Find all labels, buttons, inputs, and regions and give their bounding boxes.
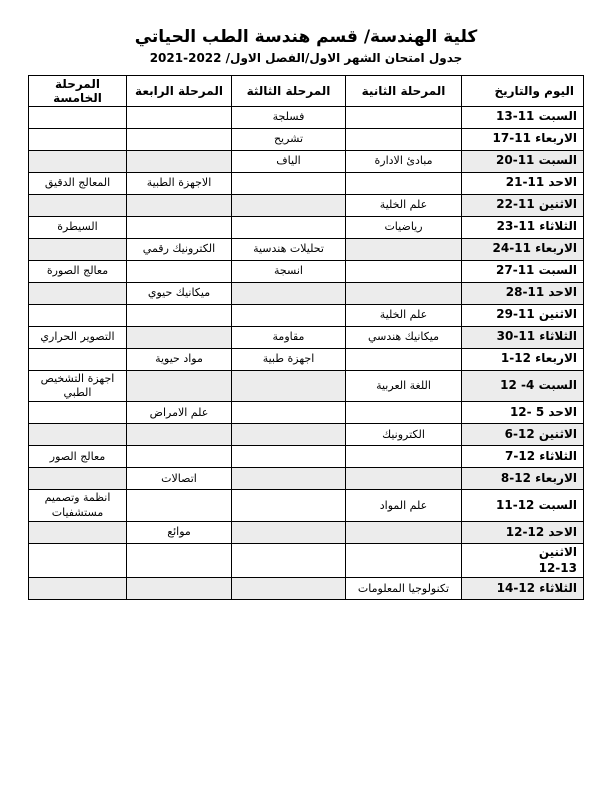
empty-cell-stage-3 [232, 194, 346, 216]
subject-cell-stage-2: مبادئ الادارة [346, 150, 462, 172]
table-row: الاثنين 11-22علم الخلية [29, 194, 584, 216]
empty-cell-stage-5 [29, 282, 127, 304]
date-cell: السبت 12-11 [462, 490, 584, 522]
empty-cell-stage-5 [29, 521, 127, 543]
table-row: الثلاثاء 11-30ميكانيك هندسيمقاومةالتصوير… [29, 326, 584, 348]
subject-cell-stage-5: معالج الصور [29, 446, 127, 468]
empty-cell-stage-4 [127, 106, 232, 128]
table-row: السبت 11-20مبادئ الادارةالياف [29, 150, 584, 172]
empty-cell-stage-4 [127, 150, 232, 172]
empty-cell-stage-3 [232, 490, 346, 522]
subject-cell-stage-4: الاجهزة الطبية [127, 172, 232, 194]
page-subtitle: جدول امتحان الشهر الاول/الفصل الاول/ 202… [0, 51, 612, 65]
subject-cell-stage-4: ميكانيك حيوي [127, 282, 232, 304]
empty-cell-stage-2 [346, 446, 462, 468]
subject-cell-stage-5: السيطرة [29, 216, 127, 238]
empty-cell-stage-3 [232, 370, 346, 402]
empty-cell-stage-5 [29, 424, 127, 446]
date-cell: الاربعاء 11-24 [462, 238, 584, 260]
empty-cell-stage-3 [232, 402, 346, 424]
date-cell: الثلاثاء 12-14 [462, 578, 584, 600]
empty-cell-stage-5 [29, 543, 127, 577]
schedule-body: السبت 11-13فسلجةالاربعاء 11-17تشريحالسبت… [29, 106, 584, 599]
table-row: الاثنين 12-6الكترونيك [29, 424, 584, 446]
subject-cell-stage-3: فسلجة [232, 106, 346, 128]
table-row: الاحد 12-12موائع [29, 521, 584, 543]
table-row: الاحد 11-28ميكانيك حيوي [29, 282, 584, 304]
empty-cell-stage-2 [346, 348, 462, 370]
table-row: الاربعاء 11-24تحليلات هندسيةالكترونيك رق… [29, 238, 584, 260]
empty-cell-stage-4 [127, 424, 232, 446]
date-cell: الاحد 11-28 [462, 282, 584, 304]
header-stage-2: المرحلة الثانية [346, 75, 462, 106]
date-cell: الاحد 5 -12 [462, 402, 584, 424]
subject-cell-stage-3: تشريح [232, 128, 346, 150]
table-row: الاربعاء 11-17تشريح [29, 128, 584, 150]
empty-cell-stage-2 [346, 282, 462, 304]
subject-cell-stage-5: اجهزة التشخيص الطبي [29, 370, 127, 402]
subject-cell-stage-2: رياضيات [346, 216, 462, 238]
subject-cell-stage-5: التصوير الحراري [29, 326, 127, 348]
subject-cell-stage-2: علم الخلية [346, 194, 462, 216]
header-row: اليوم والتاريخ المرحلة الثانية المرحلة ا… [29, 75, 584, 106]
subject-cell-stage-2: ميكانيك هندسي [346, 326, 462, 348]
table-row: الثلاثاء 12-7معالج الصور [29, 446, 584, 468]
date-cell: الاحد 12-12 [462, 521, 584, 543]
subject-cell-stage-4: اتصالات [127, 468, 232, 490]
subject-cell-stage-5: المعالج الدقيق [29, 172, 127, 194]
empty-cell-stage-5 [29, 578, 127, 600]
table-row: السبت 11-13فسلجة [29, 106, 584, 128]
empty-cell-stage-3 [232, 521, 346, 543]
subject-cell-stage-3: اجهزة طبية [232, 348, 346, 370]
date-cell: السبت 11-13 [462, 106, 584, 128]
subject-cell-stage-2: تكنولوجيا المعلومات [346, 578, 462, 600]
date-cell: الاثنين 12-13 [462, 543, 584, 577]
empty-cell-stage-5 [29, 106, 127, 128]
empty-cell-stage-2 [346, 402, 462, 424]
empty-cell-stage-4 [127, 370, 232, 402]
date-cell: الاربعاء 12-1 [462, 348, 584, 370]
empty-cell-stage-2 [346, 128, 462, 150]
exam-schedule-table: اليوم والتاريخ المرحلة الثانية المرحلة ا… [28, 75, 584, 600]
empty-cell-stage-3 [232, 543, 346, 577]
date-cell: الاحد 11-21 [462, 172, 584, 194]
header-day-and-date: اليوم والتاريخ [462, 75, 584, 106]
empty-cell-stage-4 [127, 490, 232, 522]
header-stage-4: المرحلة الرابعة [127, 75, 232, 106]
table-row: الاربعاء 12-1اجهزة طبيةمواد حيوية [29, 348, 584, 370]
date-cell: الثلاثاء 11-23 [462, 216, 584, 238]
empty-cell-stage-2 [346, 106, 462, 128]
subject-cell-stage-4: علم الامراض [127, 402, 232, 424]
empty-cell-stage-2 [346, 260, 462, 282]
empty-cell-stage-2 [346, 543, 462, 577]
empty-cell-stage-2 [346, 521, 462, 543]
table-row: السبت 11-27انسجةمعالج الصورة [29, 260, 584, 282]
empty-cell-stage-5 [29, 348, 127, 370]
date-cell: الاثنين 11-22 [462, 194, 584, 216]
empty-cell-stage-2 [346, 238, 462, 260]
empty-cell-stage-3 [232, 468, 346, 490]
empty-cell-stage-4 [127, 194, 232, 216]
empty-cell-stage-2 [346, 468, 462, 490]
subject-cell-stage-4: موائع [127, 521, 232, 543]
date-cell: الاثنين 11-29 [462, 304, 584, 326]
page-title: كلية الهندسة/ قسم هندسة الطب الحياتي [0, 0, 612, 47]
empty-cell-stage-3 [232, 446, 346, 468]
subject-cell-stage-2: علم الخلية [346, 304, 462, 326]
date-cell: الثلاثاء 12-7 [462, 446, 584, 468]
table-row: الاثنين 11-29علم الخلية [29, 304, 584, 326]
document-page: كلية الهندسة/ قسم هندسة الطب الحياتي جدو… [0, 0, 612, 792]
subject-cell-stage-4: مواد حيوية [127, 348, 232, 370]
empty-cell-stage-4 [127, 543, 232, 577]
empty-cell-stage-4 [127, 326, 232, 348]
empty-cell-stage-3 [232, 282, 346, 304]
empty-cell-stage-4 [127, 260, 232, 282]
empty-cell-stage-5 [29, 402, 127, 424]
empty-cell-stage-5 [29, 238, 127, 260]
empty-cell-stage-3 [232, 578, 346, 600]
table-row: السبت 4- 12اللغة العربيةاجهزة التشخيص ال… [29, 370, 584, 402]
empty-cell-stage-5 [29, 150, 127, 172]
subject-cell-stage-3: الياف [232, 150, 346, 172]
table-row: الاحد 11-21الاجهزة الطبيةالمعالج الدقيق [29, 172, 584, 194]
empty-cell-stage-3 [232, 172, 346, 194]
date-cell: الاربعاء 11-17 [462, 128, 584, 150]
empty-cell-stage-4 [127, 578, 232, 600]
subject-cell-stage-2: اللغة العربية [346, 370, 462, 402]
subject-cell-stage-5: انظمة وتصميم مستشفيات [29, 490, 127, 522]
header-stage-5: المرحلة الخامسة [29, 75, 127, 106]
empty-cell-stage-3 [232, 304, 346, 326]
subject-cell-stage-5: معالج الصورة [29, 260, 127, 282]
empty-cell-stage-5 [29, 304, 127, 326]
subject-cell-stage-3: انسجة [232, 260, 346, 282]
empty-cell-stage-2 [346, 172, 462, 194]
empty-cell-stage-5 [29, 128, 127, 150]
empty-cell-stage-4 [127, 446, 232, 468]
empty-cell-stage-4 [127, 216, 232, 238]
date-cell: السبت 11-20 [462, 150, 584, 172]
date-cell: الثلاثاء 11-30 [462, 326, 584, 348]
date-cell: السبت 11-27 [462, 260, 584, 282]
header-stage-3: المرحلة الثالثة [232, 75, 346, 106]
date-cell: الاربعاء 12-8 [462, 468, 584, 490]
empty-cell-stage-5 [29, 468, 127, 490]
date-cell: السبت 4- 12 [462, 370, 584, 402]
subject-cell-stage-3: مقاومة [232, 326, 346, 348]
subject-cell-stage-3: تحليلات هندسية [232, 238, 346, 260]
empty-cell-stage-5 [29, 194, 127, 216]
table-row: الاربعاء 12-8اتصالات [29, 468, 584, 490]
subject-cell-stage-2: علم المواد [346, 490, 462, 522]
empty-cell-stage-4 [127, 128, 232, 150]
empty-cell-stage-3 [232, 216, 346, 238]
table-row: الثلاثاء 11-23رياضياتالسيطرة [29, 216, 584, 238]
empty-cell-stage-3 [232, 424, 346, 446]
table-row: الاحد 5 -12علم الامراض [29, 402, 584, 424]
table-row: الاثنين 12-13 [29, 543, 584, 577]
table-row: الثلاثاء 12-14تكنولوجيا المعلومات [29, 578, 584, 600]
subject-cell-stage-2: الكترونيك [346, 424, 462, 446]
date-cell: الاثنين 12-6 [462, 424, 584, 446]
subject-cell-stage-4: الكترونيك رقمي [127, 238, 232, 260]
empty-cell-stage-4 [127, 304, 232, 326]
table-row: السبت 12-11علم الموادانظمة وتصميم مستشفي… [29, 490, 584, 522]
